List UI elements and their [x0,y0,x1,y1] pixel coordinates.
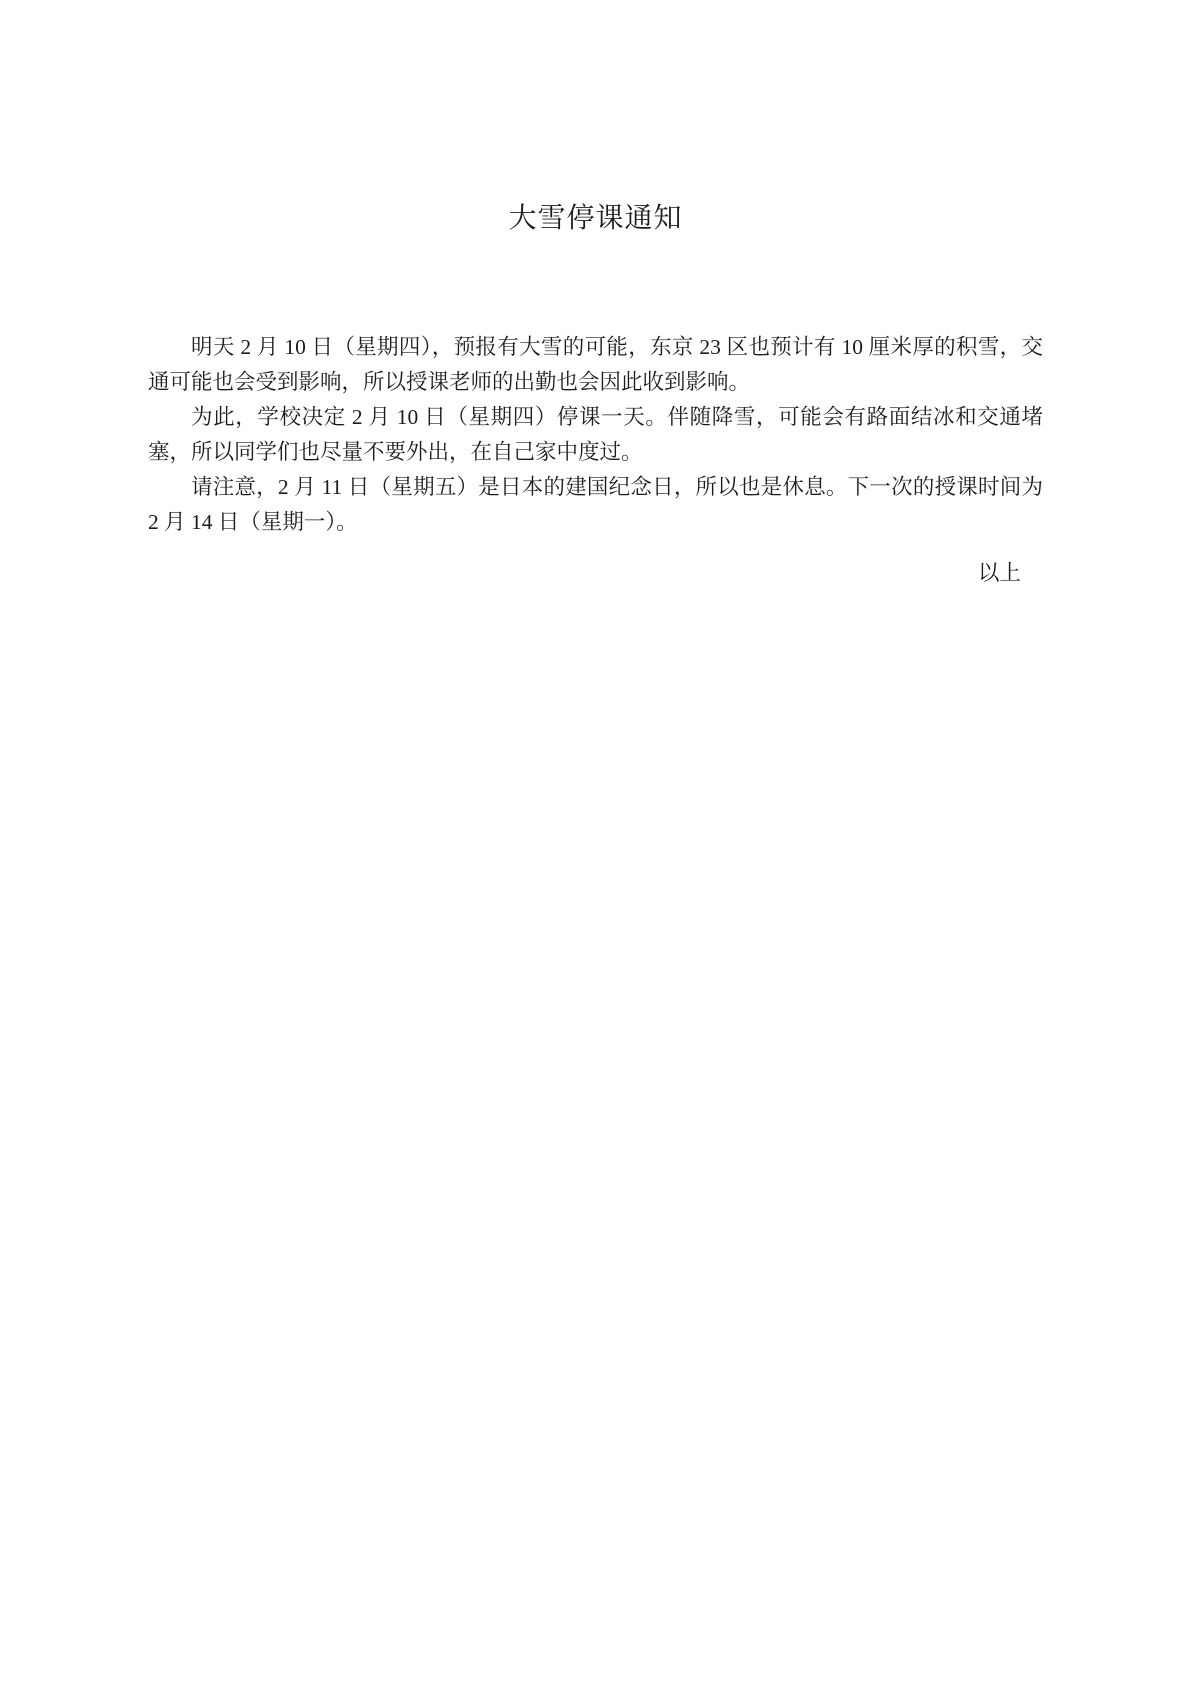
document-body: 明天 2 月 10 日（星期四），预报有大雪的可能，东京 23 区也预计有 10… [148,330,1043,540]
document-page: 大雪停课通知 明天 2 月 10 日（星期四），预报有大雪的可能，东京 23 区… [0,0,1191,1684]
paragraph-weather-forecast: 明天 2 月 10 日（星期四），预报有大雪的可能，东京 23 区也预计有 10… [148,330,1043,400]
paragraph-class-cancellation: 为此，学校决定 2 月 10 日（星期四）停课一天。伴随降雪，可能会有路面结冰和… [148,400,1043,470]
paragraph-next-class: 请注意，2 月 11 日（星期五）是日本的建国纪念日，所以也是休息。下一次的授课… [148,470,1043,540]
closing-text: 以上 [148,556,1043,591]
document-title: 大雪停课通知 [0,0,1191,236]
